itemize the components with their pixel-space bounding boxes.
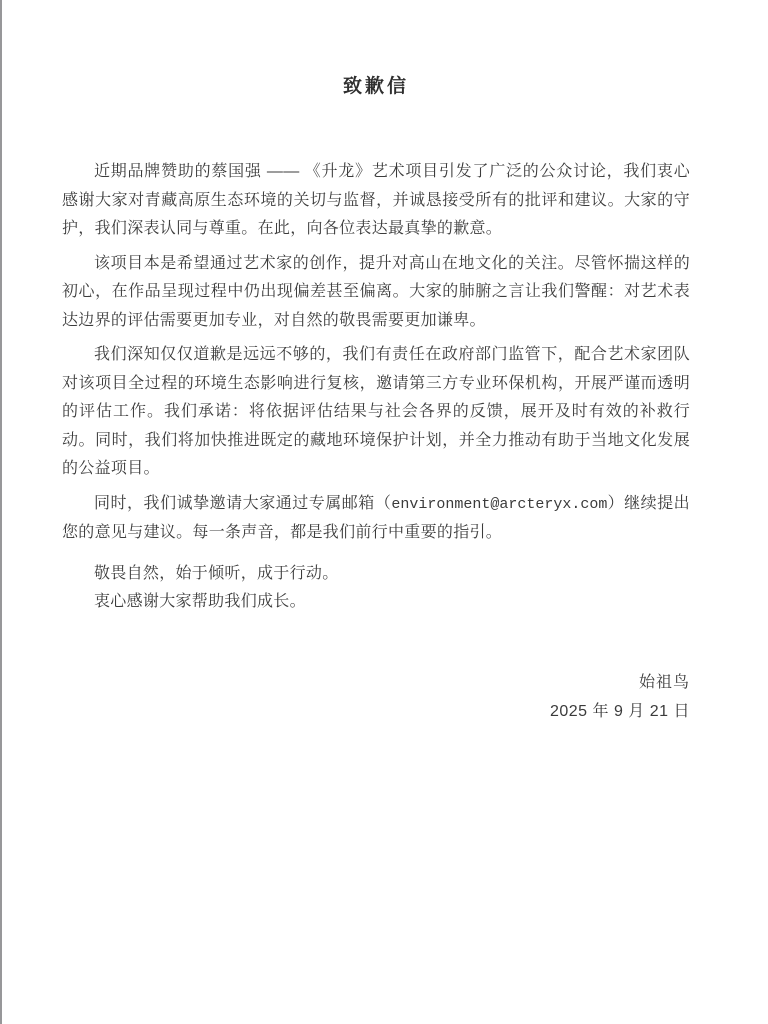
letter-body: 致歉信 近期品牌赞助的蔡国强 —— 《升龙》艺术项目引发了广泛的公众讨论，我们衷… [62,0,690,726]
page-edge-line [0,0,2,1024]
date: 2025 年 9 月 21 日 [62,698,690,726]
paragraph-2: 该项目本是希望通过艺术家的创作，提升对高山在地文化的关注。尽管怀揣这样的初心，在… [62,250,690,336]
closing-lines: 敬畏自然，始于倾听，成于行动。 衷心感谢大家帮助我们成长。 [62,560,690,617]
paragraph-4-text-before-email: 同时，我们诚挚邀请大家通过专属邮箱（ [94,495,391,512]
closing-line-1: 敬畏自然，始于倾听，成于行动。 [62,560,690,589]
signature: 始祖鸟 [62,669,690,697]
paragraph-1: 近期品牌赞助的蔡国强 —— 《升龙》艺术项目引发了广泛的公众讨论，我们衷心感谢大… [62,158,690,244]
letter-page: 致歉信 近期品牌赞助的蔡国强 —— 《升龙》艺术项目引发了广泛的公众讨论，我们衷… [0,0,768,1024]
letter-paragraphs: 近期品牌赞助的蔡国强 —— 《升龙》艺术项目引发了广泛的公众讨论，我们衷心感谢大… [62,158,690,548]
email-address: environment@arcteryx.com [391,496,607,513]
paragraph-3: 我们深知仅仅道歉是远远不够的，我们有责任在政府部门监管下，配合艺术家团队对该项目… [62,341,690,484]
signature-block: 始祖鸟 2025 年 9 月 21 日 [62,669,690,726]
letter-title: 致歉信 [62,71,690,98]
closing-line-2: 衷心感谢大家帮助我们成长。 [62,588,690,617]
paragraph-4: 同时，我们诚挚邀请大家通过专属邮箱（environment@arcteryx.c… [62,490,690,548]
